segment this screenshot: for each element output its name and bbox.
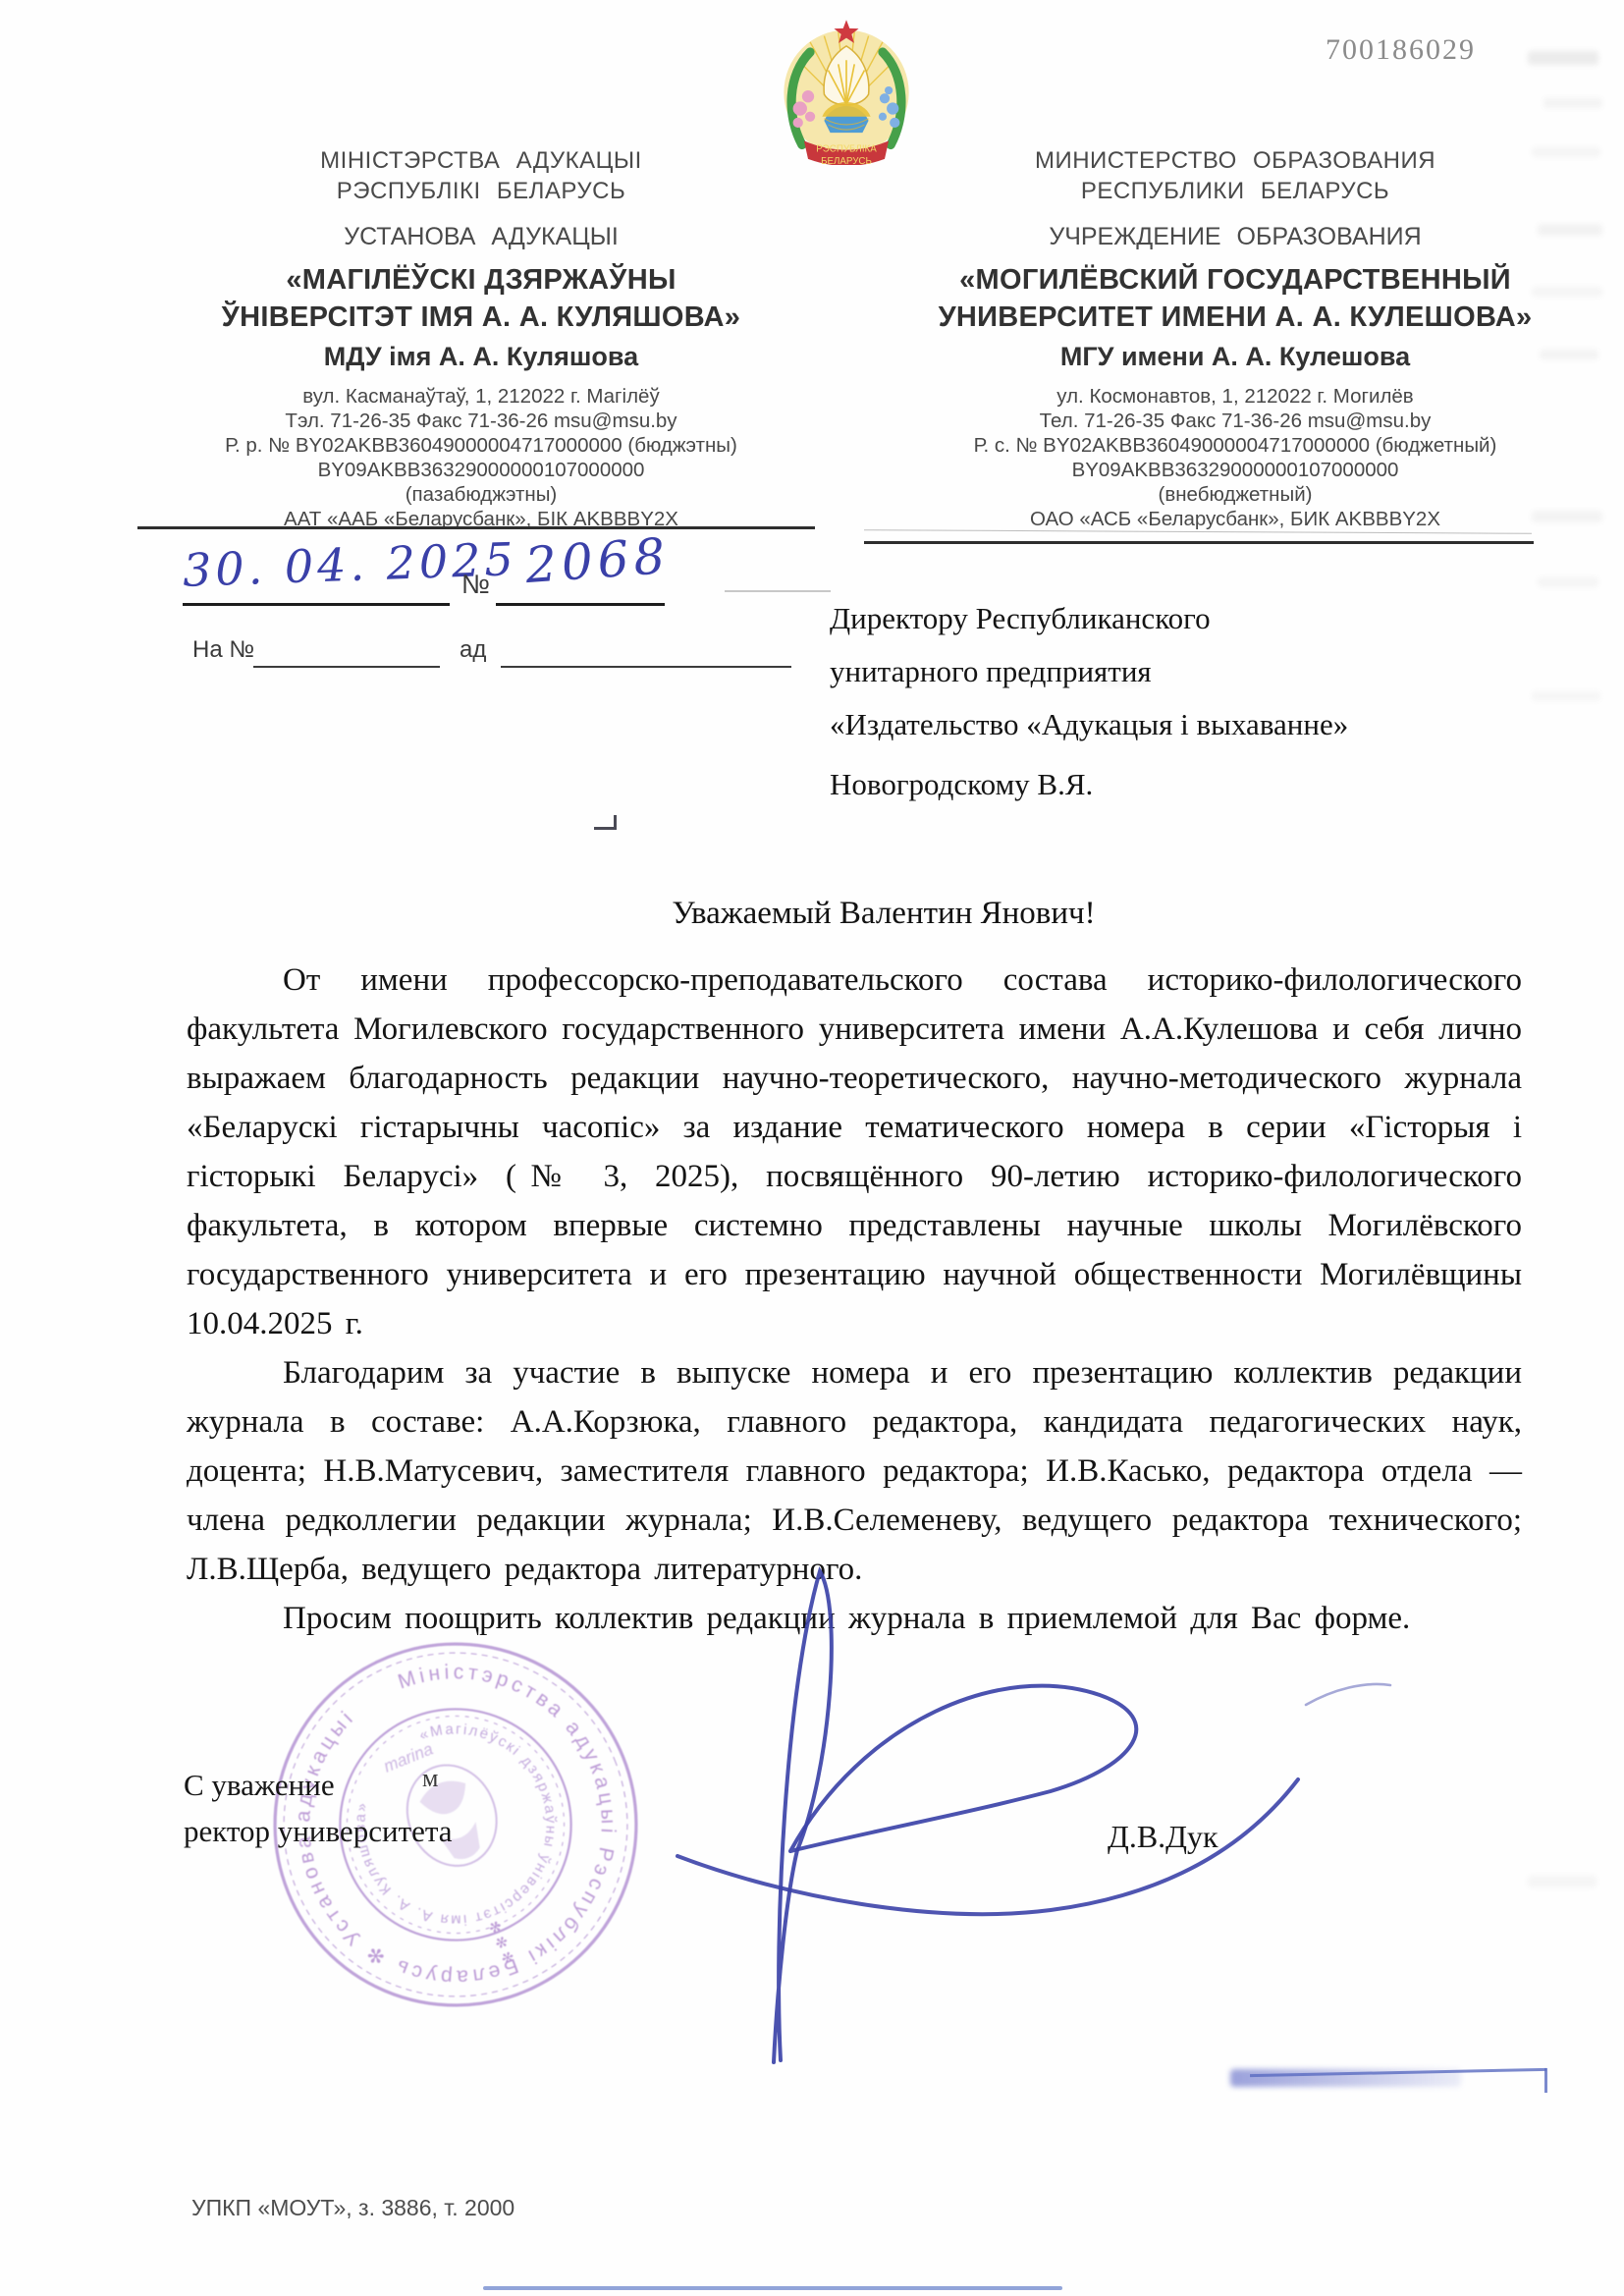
address-line: Тэл. 71-26-35 Факс 71-36-26 msu@msu.by bbox=[137, 409, 825, 433]
ad-underline bbox=[501, 666, 791, 668]
recipient-block: Директору Республиканского унитарного пр… bbox=[830, 592, 1497, 811]
letter-page: 700186029 bbox=[0, 0, 1624, 2296]
coat-of-arms-belarus-icon: РЭСПУБЛІКА БЕЛАРУСЬ bbox=[772, 12, 921, 165]
handwritten-number: 2068 bbox=[523, 527, 672, 594]
ministry-name-by: МІНІСТЭРСТВА АДУКАЦЫІ bbox=[137, 145, 825, 176]
print-shop-code: УПКП «МОУТ», з. 3886, т. 2000 bbox=[191, 2195, 514, 2221]
recipient-line: «Издательство «Адукацыя і выхаванне» bbox=[830, 698, 1497, 751]
scan-artifact bbox=[1532, 147, 1600, 157]
scan-artifact bbox=[1543, 98, 1602, 108]
address-line: Р. с. № BY02AKBB36049000004717000000 (бю… bbox=[892, 433, 1579, 458]
number-sign-label: № bbox=[461, 570, 490, 600]
letterhead-rule-left bbox=[137, 526, 815, 529]
address-line: Тел. 71-26-35 Факс 71-36-26 msu@msu.by bbox=[892, 409, 1579, 433]
scan-artifact bbox=[1100, 678, 1149, 685]
paragraph: От имени профессорско-преподавательского… bbox=[187, 956, 1522, 1348]
address-block-ru: ул. Космонавтов, 1, 212022 г. Могилёв Те… bbox=[892, 384, 1579, 531]
signer-title: ректор университета bbox=[184, 1814, 453, 1849]
institution-label-by: УСТАНОВА АДУКАЦЫІ bbox=[137, 223, 825, 251]
scan-artifact bbox=[1532, 691, 1600, 701]
recipient-line: унитарного предприятия bbox=[830, 645, 1497, 698]
na-no-label: На № bbox=[192, 636, 254, 664]
ad-label: ад bbox=[460, 636, 486, 664]
handwritten-signature bbox=[589, 1512, 1473, 2102]
ministry-name-ru: МИНИСТЕРСТВО ОБРАЗОВАНИЯ bbox=[892, 145, 1579, 176]
scan-artifact bbox=[1528, 1876, 1597, 1887]
address-line: BY09AKBB36329000000107000000 bbox=[892, 458, 1579, 482]
ministry-country-ru: РЕСПУБЛИКИ БЕЛАРУСЬ bbox=[892, 176, 1579, 206]
university-name-ru-1: «МОГИЛЁВСКИЙ ГОСУДАРСТВЕННЫЙ bbox=[892, 261, 1579, 299]
university-name-by-1: «МАГІЛЁЎСКІ ДЗЯРЖАЎНЫ bbox=[137, 261, 825, 299]
address-line: ОАО «АСБ «Беларусбанк», БИК AKBBBY2X bbox=[892, 507, 1579, 531]
address-line: вул. Касманаўтаў, 1, 212022 г. Магілёў bbox=[137, 384, 825, 409]
university-name-ru-2: УНИВЕРСИТЕТ ИМЕНИ А. А. КУЛЕШОВА» bbox=[892, 299, 1579, 336]
scan-artifact bbox=[1538, 577, 1598, 587]
scan-artifact bbox=[1222, 2057, 1566, 2105]
recipient-name: Новогродскому В.Я. bbox=[830, 758, 1497, 811]
spare-line bbox=[725, 590, 831, 592]
scan-artifact bbox=[1544, 2068, 1547, 2093]
recipient-line: Директору Республиканского bbox=[830, 592, 1497, 645]
scan-artifact bbox=[483, 2286, 1062, 2290]
letterhead-right-column: МИНИСТЕРСТВО ОБРАЗОВАНИЯ РЕСПУБЛИКИ БЕЛА… bbox=[892, 145, 1579, 531]
university-short-ru: МГУ имени А. А. Кулешова bbox=[892, 342, 1579, 372]
scan-artifact bbox=[1540, 350, 1598, 359]
letterhead-rule-right bbox=[864, 541, 1534, 544]
closing-phrase: С уважение bbox=[184, 1768, 335, 1803]
letterhead-left-column: МІНІСТЭРСТВА АДУКАЦЫІ РЭСПУБЛІКІ БЕЛАРУС… bbox=[137, 145, 825, 531]
address-block-by: вул. Касманаўтаў, 1, 212022 г. Магілёў Т… bbox=[137, 384, 825, 531]
document-number: 700186029 bbox=[1326, 33, 1476, 67]
scan-artifact bbox=[1532, 511, 1602, 522]
emblem-ribbon-line2: БЕЛАРУСЬ bbox=[821, 156, 872, 165]
salutation: Уважаемый Валентин Янович! bbox=[196, 896, 1571, 932]
closing-suffix: м bbox=[422, 1764, 438, 1793]
institution-label-ru: УЧРЕЖДЕНИЕ ОБРАЗОВАНИЯ bbox=[892, 223, 1579, 251]
university-short-by: МДУ імя А. А. Куляшова bbox=[137, 342, 825, 372]
address-line: (пазабюджэтны) bbox=[137, 482, 825, 507]
address-line: BY09AKBB36329000000107000000 bbox=[137, 458, 825, 482]
address-line: (внебюджетный) bbox=[892, 482, 1579, 507]
signer-name: Д.В.Дук bbox=[1108, 1819, 1218, 1855]
scan-artifact bbox=[594, 815, 617, 830]
scan-artifact bbox=[1538, 224, 1602, 236]
ministry-country-by: РЭСПУБЛІКІ БЕЛАРУСЬ bbox=[137, 176, 825, 206]
emblem-ribbon-line1: РЭСПУБЛІКА bbox=[816, 144, 877, 155]
na-no-underline bbox=[253, 666, 440, 668]
university-name-by-2: ЎНІВЕРСІТЭТ ІМЯ А. А. КУЛЯШОВА» bbox=[137, 299, 825, 336]
number-underline bbox=[496, 603, 665, 606]
scan-artifact bbox=[1532, 287, 1602, 297]
date-underline bbox=[183, 603, 450, 606]
address-line: Р. р. № BY02AKBB36049000004717000000 (бю… bbox=[137, 433, 825, 458]
scan-artifact bbox=[1528, 51, 1598, 65]
address-line: ул. Космонавтов, 1, 212022 г. Могилёв bbox=[892, 384, 1579, 409]
